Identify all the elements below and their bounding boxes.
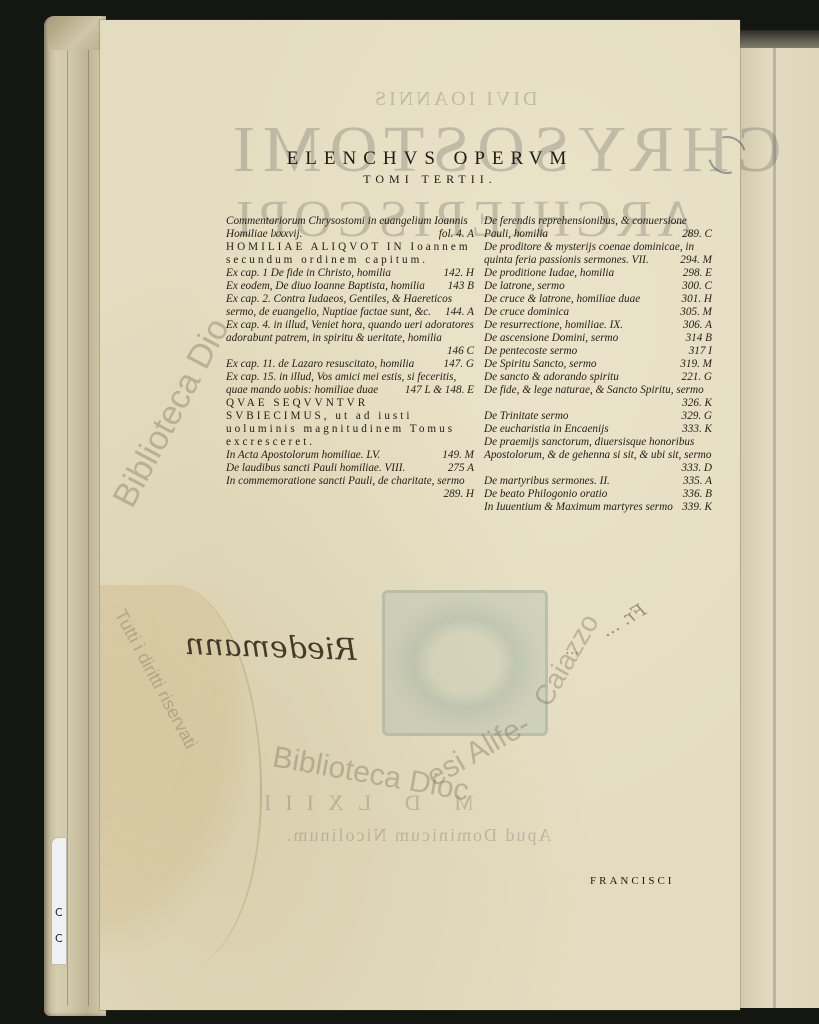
page-ref: 336. B <box>683 488 712 501</box>
contents-entry: De laudibus sancti Pauli homiliae. VIII.… <box>226 462 474 475</box>
page-ref: 147. G <box>444 358 474 371</box>
contents-entry: De sancto & adorando spiritu 221. G <box>484 371 712 384</box>
contents-entry: Commentariorum Chrysostomi in euangelium… <box>226 215 474 241</box>
contents-entry: Ex cap. 1 De fide in Christo, homilia 14… <box>226 267 474 280</box>
tab-mark: C <box>55 906 63 919</box>
binding-fold <box>88 26 89 1006</box>
page-ref: 221. G <box>682 371 712 384</box>
page-ref: 147 L & 148. E <box>405 384 474 397</box>
contents-entry: De Spiritu Sancto, sermo 319. M <box>484 358 712 371</box>
contents-entry: Ex cap. 2. Contra Iudaeos, Gentiles, & H… <box>226 293 474 319</box>
contents-entry: Ex eodem, De diuo Ioanne Baptista, homil… <box>226 280 474 293</box>
contents-entry: Ex cap. 4. in illud, Veniet hora, quando… <box>226 319 474 358</box>
page-ref: 289. C <box>682 228 712 241</box>
contents-entry: De proditore & mysterijs coenae dominica… <box>484 241 712 267</box>
contents-entry: De Trinitate sermo 329. G <box>484 410 712 423</box>
page-ref: 143 B <box>448 280 474 293</box>
page-ref: 298. E <box>683 267 712 280</box>
page-ref: 142. H <box>444 267 474 280</box>
section-heading: HOMILIAE ALIQVOT IN Ioannem secundum ord… <box>226 241 474 267</box>
archive-tab-label: C C <box>52 838 66 964</box>
contents-entry: De latrone, sermo 300. C <box>484 280 712 293</box>
binding-corner <box>48 16 104 50</box>
page-ref: 339. K <box>682 501 712 514</box>
show-through-line1: DIVI IOANNIS <box>372 88 537 111</box>
handwritten-signature: Riedemann <box>184 627 357 668</box>
page-subtitle: TOMI TERTII. <box>200 172 660 187</box>
show-through-printer: Apud Dominicum Nicolinum. <box>285 825 551 846</box>
page-ref: 275 A <box>448 462 474 475</box>
page-ref: 306. A <box>683 319 712 332</box>
page-ref: 146 C <box>447 345 474 358</box>
page-ref: 333. D <box>682 462 712 475</box>
contents-entry: De cruce dominica 305. M <box>484 306 712 319</box>
page-ref: 319. M <box>680 358 712 371</box>
page-ref: 335. A <box>683 475 712 488</box>
scanned-book-spread: DIVI IOANNIS CHRYSOSTOMI ARCHIEPISCOPI M… <box>0 0 819 1024</box>
contents-entry: In Iuuentium & Maximum martyres sermo 33… <box>484 501 712 514</box>
page-ref: 326. K <box>682 397 712 410</box>
contents-entry: Ex cap. 11. de Lazaro resuscitato, homil… <box>226 358 474 371</box>
page-ref: 329. G <box>682 410 712 423</box>
page-ref: 149. M <box>442 449 474 462</box>
contents-entry: In Acta Apostolorum homiliae. LV. 149. M <box>226 449 474 462</box>
page-title: ELENCHVS OPERVM <box>200 148 660 170</box>
page-ref: 314 B <box>686 332 712 345</box>
contents-entry: De proditione Iudae, homilia 298. E <box>484 267 712 280</box>
page-ref: 144. A <box>445 306 474 319</box>
contents-entry: De eucharistia in Encaenijs 333. K <box>484 423 712 436</box>
page-fold-line <box>773 48 776 1008</box>
page-ref: 301. H <box>682 293 712 306</box>
contents-entry: De martyribus sermones. II. 335. A <box>484 475 712 488</box>
contents-entry: In commemoratione sancti Pauli, de chari… <box>226 475 474 501</box>
catchword: FRANCISCI <box>590 875 674 887</box>
page-ref: 300. C <box>682 280 712 293</box>
contents-entry: De cruce & latrone, homiliae duae 301. H <box>484 293 712 306</box>
contents-entry: De ascensione Domini, sermo 314 B <box>484 332 712 345</box>
contents-entry: De fide, & lege naturae, & Sancto Spirit… <box>484 384 712 410</box>
page-ref: 289. H <box>444 488 474 501</box>
contents-entry: De resurrectione, homiliae. IX. 306. A <box>484 319 712 332</box>
contents-left-column: Commentariorum Chrysostomi in euangelium… <box>226 215 474 501</box>
page-ref: fol. 4. A <box>439 228 474 241</box>
contents-entry: De beato Philogonio oratio 336. B <box>484 488 712 501</box>
contents-right-column: De ferendis reprehensionibus, & conuersi… <box>484 215 712 514</box>
page-ref: 305. M <box>680 306 712 319</box>
page-ref: 294. M <box>680 254 712 267</box>
contents-entry: De praemijs sanctorum, diuersisque honor… <box>484 436 712 475</box>
contents-entry: Ex cap. 15. in illud, Vos amici mei esti… <box>226 371 474 397</box>
binding-fold <box>67 26 68 1006</box>
tab-mark: C <box>55 932 63 945</box>
page-ref: 317 I <box>689 345 712 358</box>
page-ref: 333. K <box>682 423 712 436</box>
contents-entry: De ferendis reprehensionibus, & conuersi… <box>484 215 712 241</box>
section-heading: QVAE SEQVVNTVR SVBIECIMUS, ut ad iusti u… <box>226 397 474 449</box>
next-page-edge <box>737 48 819 1008</box>
contents-entry: De pentecoste sermo 317 I <box>484 345 712 358</box>
